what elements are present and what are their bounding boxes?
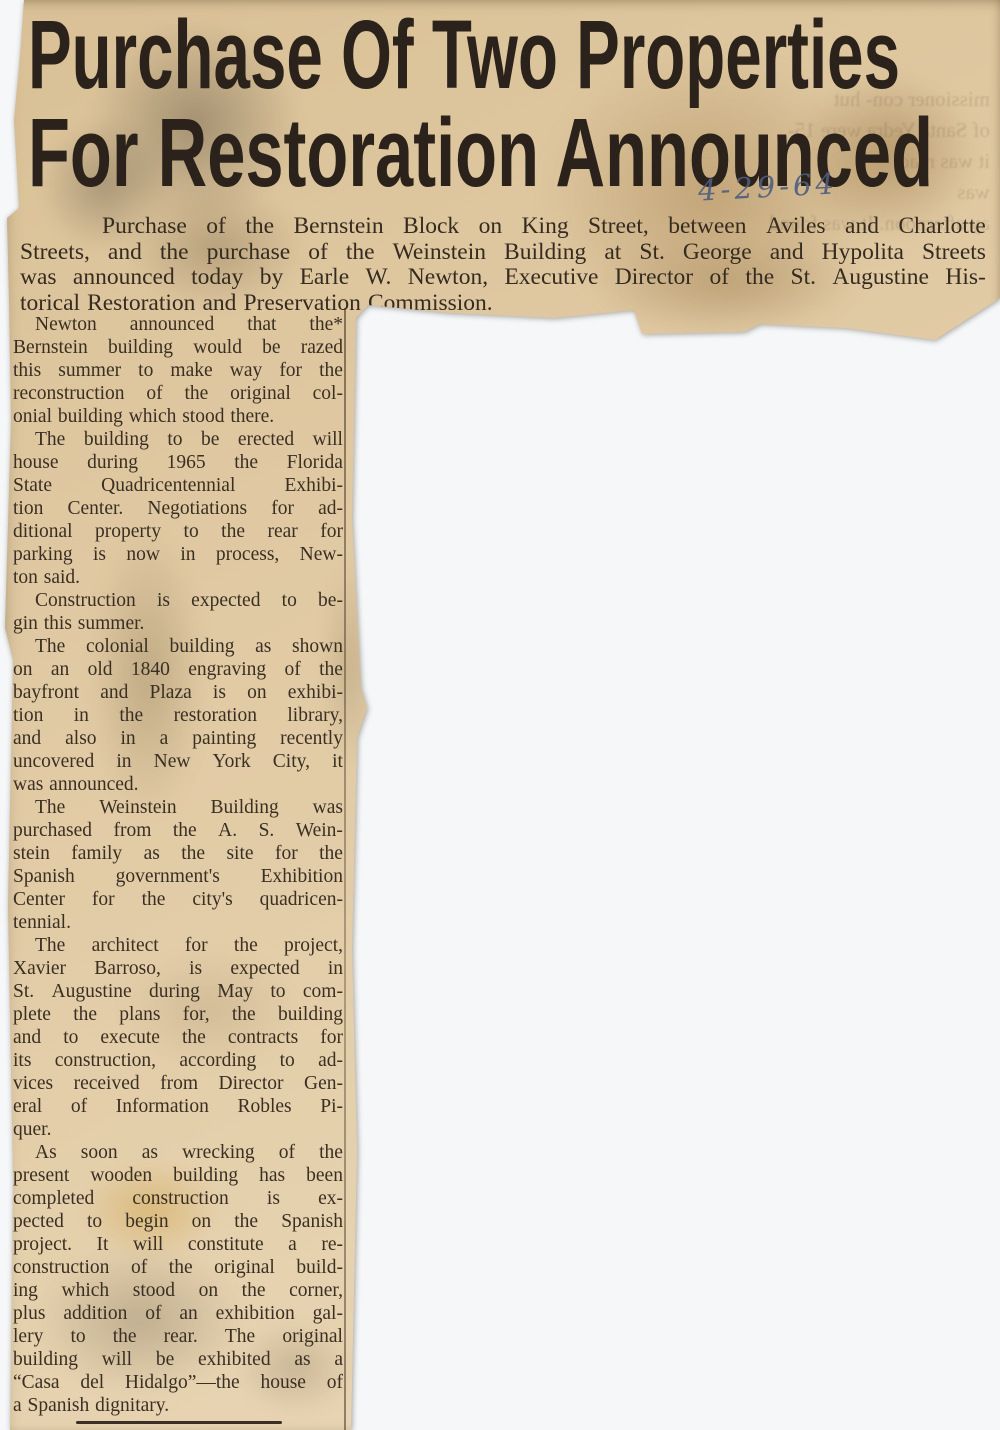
text-line: steinfamilyasthesiteforthe bbox=[13, 842, 343, 865]
headline-line-1: Purchase Of Two Properties bbox=[28, 4, 900, 109]
text-line: plusadditionofanexhibitiongal- bbox=[13, 1302, 343, 1325]
text-line: Centerforthecity'squadricen- bbox=[13, 888, 343, 911]
text-line: pletetheplansfor,thebuilding bbox=[13, 1003, 343, 1026]
text-line: Thebuildingtobeerectedwill bbox=[13, 428, 343, 451]
text-line: tonsaid. bbox=[13, 566, 343, 589]
text-line: Streets,andthepurchaseoftheWeinsteinBuil… bbox=[20, 240, 986, 266]
text-line: project.Itwillconstituteare- bbox=[13, 1233, 343, 1256]
text-line: wasannouncedtodaybyEarleW.Newton,Executi… bbox=[20, 265, 986, 291]
text-line: presentwoodenbuildinghasbeen bbox=[13, 1164, 343, 1187]
text-line: ginthissummer. bbox=[13, 612, 343, 635]
text-line: vicesreceivedfromDirectorGen- bbox=[13, 1072, 343, 1095]
text-line: Spanishgovernment'sExhibition bbox=[13, 865, 343, 888]
article-end-divider bbox=[76, 1421, 282, 1424]
text-line: aSpanishdignitary. bbox=[13, 1394, 343, 1417]
text-line: eralofInformationRoblesPi- bbox=[13, 1095, 343, 1118]
text-line: completedconstructionisex- bbox=[13, 1187, 343, 1210]
lead-paragraph: PurchaseoftheBernsteinBlockonKingStreet,… bbox=[20, 214, 986, 316]
text-line: lerytotherear.Theoriginal bbox=[13, 1325, 343, 1348]
text-line: StateQuadricentennialExhibi- bbox=[13, 474, 343, 497]
text-line: ingwhichstoodonthecorner, bbox=[13, 1279, 343, 1302]
text-line: onanold1840engravingofthe bbox=[13, 658, 343, 681]
text-line: pectedtobeginontheSpanish bbox=[13, 1210, 343, 1233]
headline: Purchase Of Two Properties For Restorati… bbox=[26, 4, 986, 200]
text-line: houseduring1965theFlorida bbox=[13, 451, 343, 474]
text-line: purchasedfromtheA.S.Wein- bbox=[13, 819, 343, 842]
text-line: buildingwillbeexhibitedasa bbox=[13, 1348, 343, 1371]
column-rule bbox=[344, 308, 346, 1430]
text-line: Newtonannouncedthatthe* bbox=[13, 313, 343, 336]
text-line: St.AugustineduringMaytocom- bbox=[13, 980, 343, 1003]
text-line: parkingisnowinprocess,New- bbox=[13, 543, 343, 566]
text-line: andtoexecutethecontractsfor bbox=[13, 1026, 343, 1049]
text-line: TheWeinsteinBuildingwas bbox=[13, 796, 343, 819]
scanner-background: missioner con- hutof Santa Yedra were 15… bbox=[0, 0, 1000, 1430]
clipping-paper: missioner con- hutof Santa Yedra were 15… bbox=[0, 0, 1000, 1430]
text-line: Assoonaswreckingofthe bbox=[13, 1141, 343, 1164]
text-line: “CasadelHidalgo”—thehouseof bbox=[13, 1371, 343, 1394]
text-line: onialbuildingwhichstoodthere. bbox=[13, 405, 343, 428]
text-line: quer. bbox=[13, 1118, 343, 1141]
text-line: Bernsteinbuildingwouldberazed bbox=[13, 336, 343, 359]
text-line: thissummertomakewayforthe bbox=[13, 359, 343, 382]
text-line: wasannounced. bbox=[13, 773, 343, 796]
text-line: reconstructionoftheoriginalcol- bbox=[13, 382, 343, 405]
text-line: andalsoinapaintingrecently bbox=[13, 727, 343, 750]
text-line: uncoveredinNewYorkCity,it bbox=[13, 750, 343, 773]
newspaper-clipping: missioner con- hutof Santa Yedra were 15… bbox=[0, 0, 1000, 1430]
article-column: Newtonannouncedthatthe*Bernsteinbuilding… bbox=[13, 313, 343, 1417]
text-line: constructionoftheoriginalbuild- bbox=[13, 1256, 343, 1279]
text-line: bayfrontandPlazaisonexhibi- bbox=[13, 681, 343, 704]
text-line: itsconstruction,accordingtoad- bbox=[13, 1049, 343, 1072]
text-line: tennial. bbox=[13, 911, 343, 934]
text-line: PurchaseoftheBernsteinBlockonKingStreet,… bbox=[20, 214, 986, 240]
text-line: Thearchitectfortheproject, bbox=[13, 934, 343, 957]
text-line: Thecolonialbuildingasshown bbox=[13, 635, 343, 658]
text-line: Constructionisexpectedtobe- bbox=[13, 589, 343, 612]
text-line: tionintherestorationlibrary, bbox=[13, 704, 343, 727]
text-line: XavierBarroso,isexpectedin bbox=[13, 957, 343, 980]
text-line: tionCenter.Negotiationsforad- bbox=[13, 497, 343, 520]
text-line: ditionalpropertytotherearfor bbox=[13, 520, 343, 543]
